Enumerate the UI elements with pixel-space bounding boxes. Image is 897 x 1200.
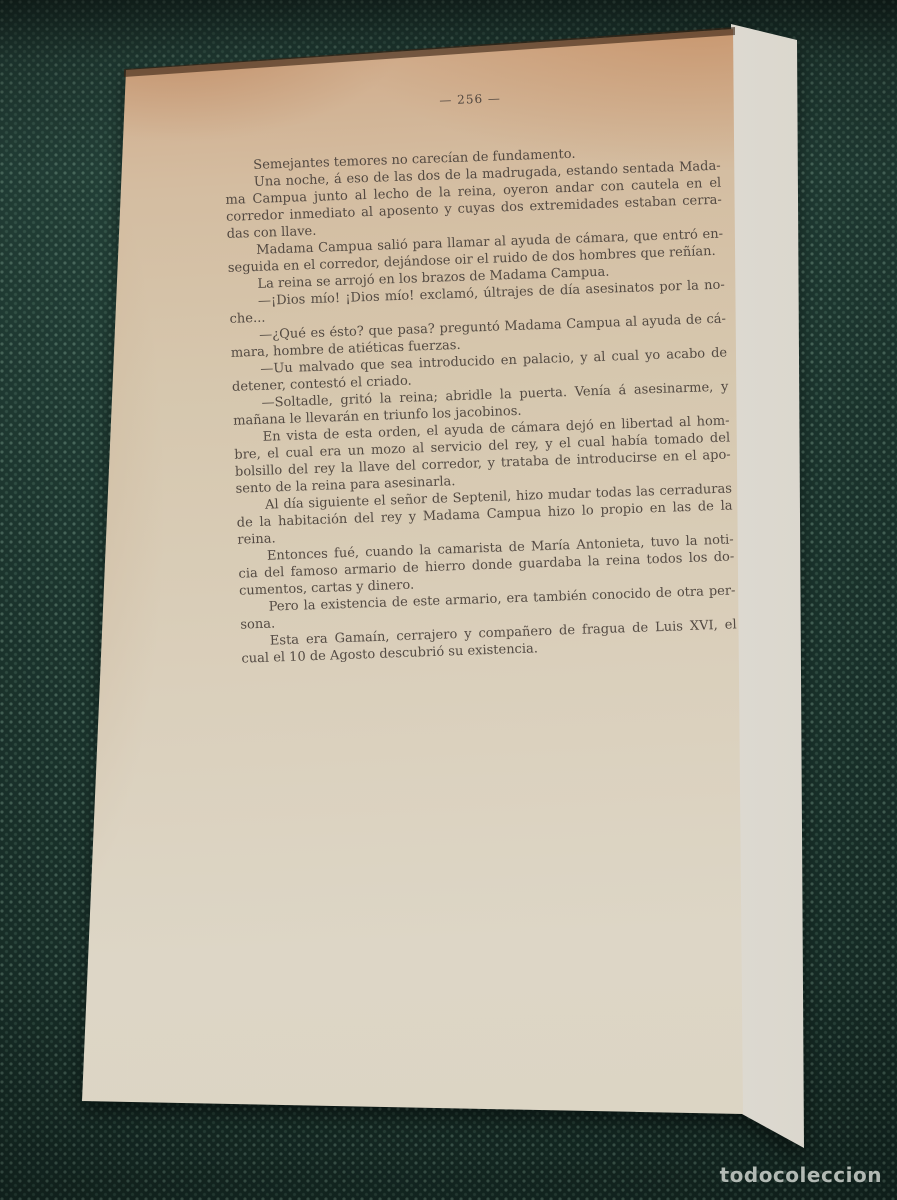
page-text-block: — 256 — Semejantes temores no carecían d…	[222, 83, 738, 668]
photo-background: — 256 — Semejantes temores no carecían d…	[0, 0, 897, 1200]
book: — 256 — Semejantes temores no carecían d…	[0, 0, 897, 1200]
watermark: todocoleccion	[720, 1163, 882, 1187]
page-text: Semejantes temores no carecían de fundam…	[224, 141, 737, 668]
